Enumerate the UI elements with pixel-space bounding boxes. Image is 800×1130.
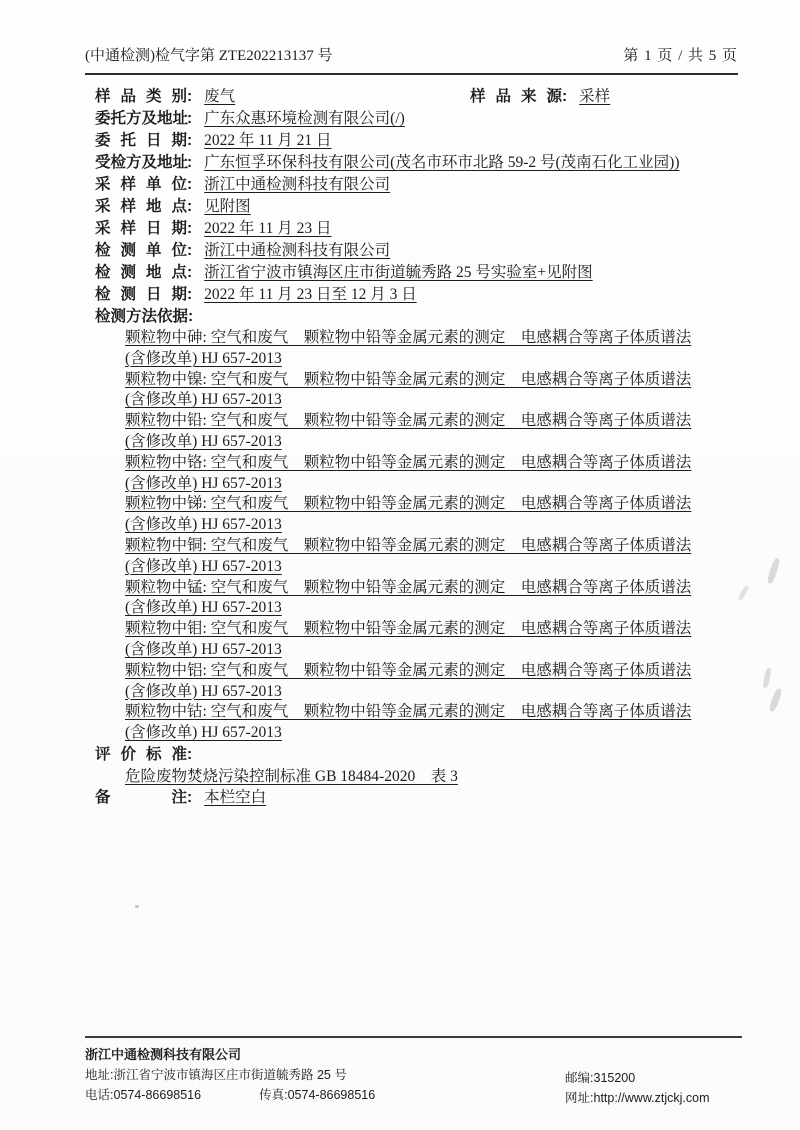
page-indicator: 第 1 页 / 共 5 页 (623, 44, 738, 65)
sample-source-value: 采样 (567, 86, 610, 108)
sampling-site-row: 采样地点: 见附图 (95, 196, 740, 218)
footer-phone-fax: 电话:0574-86698516传真:0574-86698516 (85, 1085, 565, 1105)
inspected-party-label: 受检方及地址: (95, 152, 192, 174)
method-analyte: 颗粒物中砷 (125, 329, 203, 346)
method-analyte: 颗粒物中铅 (125, 412, 203, 429)
method-line-1: 颗粒物中镍: 空气和废气 颗粒物中铅等金属元素的测定 电感耦合等离子体质谱法 (125, 370, 740, 391)
method-line-1: 颗粒物中锰: 空气和废气 颗粒物中铅等金属元素的测定 电感耦合等离子体质谱法 (125, 578, 740, 599)
method-line-1: 颗粒物中铜: 空气和废气 颗粒物中铅等金属元素的测定 电感耦合等离子体质谱法 (125, 536, 740, 557)
method-item: 颗粒物中铬: 空气和废气 颗粒物中铅等金属元素的测定 电感耦合等离子体质谱法 (… (95, 453, 740, 495)
method-line-1: 颗粒物中钼: 空气和废气 颗粒物中铅等金属元素的测定 电感耦合等离子体质谱法 (125, 619, 740, 640)
method-line-2: (含修改单) HJ 657-2013 (125, 432, 740, 453)
sampling-site-value: 见附图 (192, 196, 740, 218)
footer-website: 网址:http://www.ztjckj.com (565, 1088, 742, 1108)
method-analyte: 颗粒物中镍 (125, 371, 203, 388)
method-item: 颗粒物中镍: 空气和废气 颗粒物中铅等金属元素的测定 电感耦合等离子体质谱法 (… (95, 370, 740, 412)
client-address-label: 委托方及地址: (95, 108, 192, 130)
method-line-2: (含修改单) HJ 657-2013 (125, 474, 740, 495)
method-line-1: 颗粒物中铬: 空气和废气 颗粒物中铅等金属元素的测定 电感耦合等离子体质谱法 (125, 453, 740, 474)
methods-section-label: 检测方法依据: (95, 306, 740, 328)
evaluation-standard-value: 危险废物焚烧污染控制标准 GB 18484-2020 表 3 (125, 766, 740, 787)
sampling-site-label: 采样地点: (95, 196, 192, 218)
remark-value: 本栏空白 (192, 787, 740, 809)
sample-type-field: 样品类别: 废气 (95, 86, 470, 108)
method-line-1: 颗粒物中钴: 空气和废气 颗粒物中铅等金属元素的测定 电感耦合等离子体质谱法 (125, 702, 740, 723)
testing-site-label: 检测地点: (95, 262, 192, 284)
footer-left-column: 地址:浙江省宁波市镇海区庄市街道毓秀路 25 号 电话:0574-8669851… (85, 1065, 565, 1108)
method-item: 颗粒物中钼: 空气和废气 颗粒物中铅等金属元素的测定 电感耦合等离子体质谱法 (… (95, 619, 740, 661)
testing-site-row: 检测地点: 浙江省宁波市镇海区庄市街道毓秀路 25 号实验室+见附图 (95, 262, 740, 284)
method-line-2: (含修改单) HJ 657-2013 (125, 349, 740, 370)
testing-unit-label: 检测单位: (95, 240, 192, 262)
report-body: 样品类别: 废气 样品来源: 采样 委托方及地址: 广东众惠环境检测有限公司(/… (95, 86, 740, 809)
sample-type-label: 样品类别: (95, 86, 192, 108)
method-analyte: 颗粒物中钼 (125, 620, 203, 637)
commission-date-row: 委托日期: 2022 年 11 月 21 日 (95, 130, 740, 152)
commission-date-label: 委托日期: (95, 130, 192, 152)
method-line-1: 颗粒物中铅: 空气和废气 颗粒物中铅等金属元素的测定 电感耦合等离子体质谱法 (125, 411, 740, 432)
scan-artifact (766, 558, 781, 585)
method-line-2: (含修改单) HJ 657-2013 (125, 598, 740, 619)
footer-fax: 传真:0574-86698516 (259, 1088, 375, 1102)
footer-postcode: 邮编:315200 (565, 1068, 742, 1088)
method-analyte: 颗粒物中铬 (125, 454, 203, 471)
scan-artifact (762, 668, 772, 689)
sample-type-value: 废气 (192, 86, 235, 108)
sampling-unit-value: 浙江中通检测科技有限公司 (192, 174, 740, 196)
method-analyte: 颗粒物中锑 (125, 495, 203, 512)
method-item: 颗粒物中铜: 空气和废气 颗粒物中铅等金属元素的测定 电感耦合等离子体质谱法 (… (95, 536, 740, 578)
footer-address: 地址:浙江省宁波市镇海区庄市街道毓秀路 25 号 (85, 1065, 565, 1085)
method-analyte: 颗粒物中铜 (125, 537, 203, 554)
method-list: 颗粒物中砷: 空气和废气 颗粒物中铅等金属元素的测定 电感耦合等离子体质谱法 (… (95, 328, 740, 744)
method-analyte: 颗粒物中铝 (125, 662, 203, 679)
method-line-1: 颗粒物中锑: 空气和废气 颗粒物中铅等金属元素的测定 电感耦合等离子体质谱法 (125, 494, 740, 515)
inspected-party-value: 广东恒孚环保科技有限公司(茂名市环市北路 59-2 号(茂南石化工业园)) (192, 152, 740, 174)
testing-date-label: 检测日期: (95, 284, 192, 306)
method-item: 颗粒物中铝: 空气和废气 颗粒物中铅等金属元素的测定 电感耦合等离子体质谱法 (… (95, 661, 740, 703)
remark-row: 备注: 本栏空白 (95, 787, 740, 809)
method-line-1: 颗粒物中铝: 空气和废气 颗粒物中铅等金属元素的测定 电感耦合等离子体质谱法 (125, 661, 740, 682)
client-address-row: 委托方及地址: 广东众惠环境检测有限公司(/) (95, 108, 740, 130)
sample-source-label: 样品来源: (470, 86, 567, 108)
footer-right-column: 邮编:315200 网址:http://www.ztjckj.com (565, 1065, 742, 1108)
page-header: (中通检测)检气字第 ZTE202213137 号 第 1 页 / 共 5 页 (85, 44, 738, 75)
commission-date-value: 2022 年 11 月 21 日 (192, 130, 740, 152)
method-line-2: (含修改单) HJ 657-2013 (125, 640, 740, 661)
scan-artifact (135, 905, 139, 908)
page-footer: 浙江中通检测科技有限公司 地址:浙江省宁波市镇海区庄市街道毓秀路 25 号 电话… (85, 1036, 742, 1108)
scanned-report-page: (中通检测)检气字第 ZTE202213137 号 第 1 页 / 共 5 页 … (0, 0, 800, 1130)
remark-label: 备注: (95, 787, 192, 809)
inspected-party-row: 受检方及地址: 广东恒孚环保科技有限公司(茂名市环市北路 59-2 号(茂南石化… (95, 152, 740, 174)
method-item: 颗粒物中锑: 空气和废气 颗粒物中铅等金属元素的测定 电感耦合等离子体质谱法 (… (95, 494, 740, 536)
method-item: 颗粒物中铅: 空气和废气 颗粒物中铅等金属元素的测定 电感耦合等离子体质谱法 (… (95, 411, 740, 453)
footer-company-name: 浙江中通检测科技有限公司 (85, 1045, 742, 1065)
scan-artifact (768, 688, 783, 713)
sampling-unit-row: 采样单位: 浙江中通检测科技有限公司 (95, 174, 740, 196)
testing-site-value: 浙江省宁波市镇海区庄市街道毓秀路 25 号实验室+见附图 (192, 262, 740, 284)
method-item: 颗粒物中砷: 空气和废气 颗粒物中铅等金属元素的测定 电感耦合等离子体质谱法 (… (95, 328, 740, 370)
sample-source-field: 样品来源: 采样 (470, 86, 610, 108)
sampling-date-row: 采样日期: 2022 年 11 月 23 日 (95, 218, 740, 240)
method-line-2: (含修改单) HJ 657-2013 (125, 682, 740, 703)
sampling-date-value: 2022 年 11 月 23 日 (192, 218, 740, 240)
testing-unit-row: 检测单位: 浙江中通检测科技有限公司 (95, 240, 740, 262)
method-line-2: (含修改单) HJ 657-2013 (125, 515, 740, 536)
evaluation-section-label: 评价标准: (95, 744, 740, 766)
testing-unit-value: 浙江中通检测科技有限公司 (192, 240, 740, 262)
method-line-2: (含修改单) HJ 657-2013 (125, 557, 740, 578)
client-address-value: 广东众惠环境检测有限公司(/) (192, 108, 740, 130)
method-item: 颗粒物中钴: 空气和废气 颗粒物中铅等金属元素的测定 电感耦合等离子体质谱法 (… (95, 702, 740, 744)
testing-date-value: 2022 年 11 月 23 日至 12 月 3 日 (192, 284, 740, 306)
testing-date-row: 检测日期: 2022 年 11 月 23 日至 12 月 3 日 (95, 284, 740, 306)
method-analyte: 颗粒物中钴 (125, 703, 203, 720)
method-line-2: (含修改单) HJ 657-2013 (125, 723, 740, 744)
footer-phone: 电话:0574-86698516 (85, 1088, 201, 1102)
method-analyte: 颗粒物中锰 (125, 579, 203, 596)
method-line-2: (含修改单) HJ 657-2013 (125, 390, 740, 411)
method-line-1: 颗粒物中砷: 空气和废气 颗粒物中铅等金属元素的测定 电感耦合等离子体质谱法 (125, 328, 740, 349)
sampling-unit-label: 采样单位: (95, 174, 192, 196)
sample-row: 样品类别: 废气 样品来源: 采样 (95, 86, 740, 108)
report-number: (中通检测)检气字第 ZTE202213137 号 (85, 44, 332, 65)
sampling-date-label: 采样日期: (95, 218, 192, 240)
method-item: 颗粒物中锰: 空气和废气 颗粒物中铅等金属元素的测定 电感耦合等离子体质谱法 (… (95, 578, 740, 620)
